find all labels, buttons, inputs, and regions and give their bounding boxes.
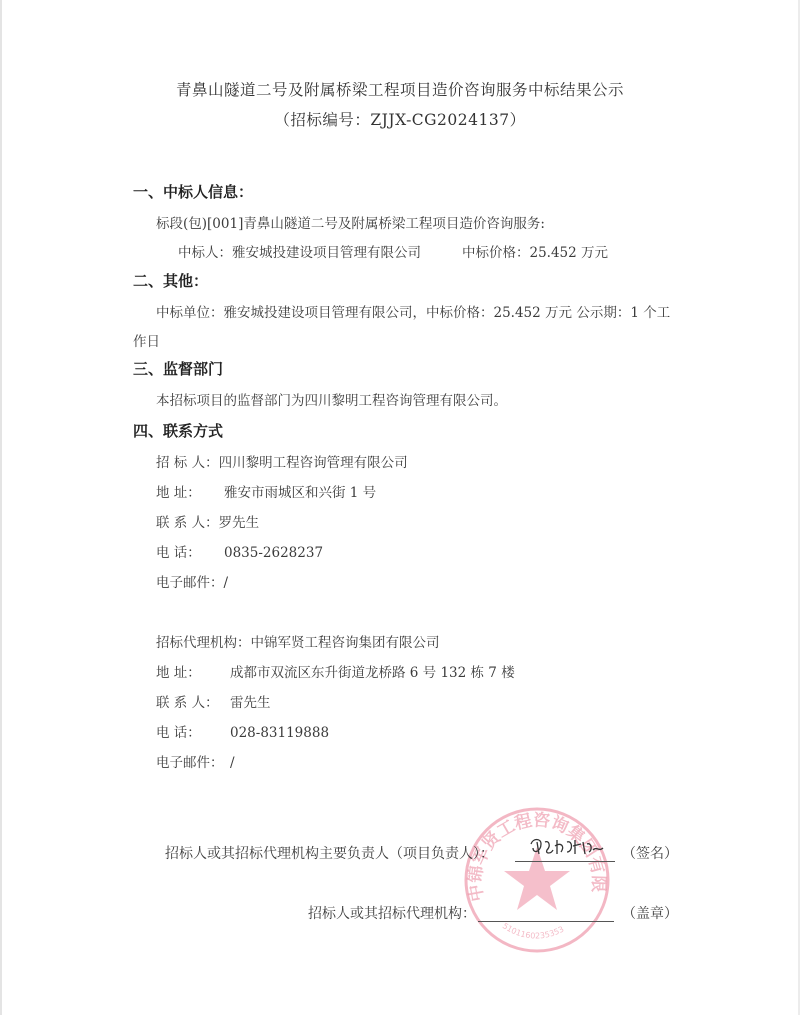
lot-description: 标段(包)[001]青鼻山隧道二号及附属桥梁工程项目造价咨询服务: [156, 212, 545, 232]
document-subtitle: （招标编号：ZJJX-CG2024137） [0, 108, 800, 130]
price-label: 中标价格： [462, 245, 530, 261]
tenderer-phone-row: 电 话：0835-2628237 [156, 541, 323, 561]
agency-phone-row: 电 话：028-83119888 [156, 721, 329, 741]
agency-address-row: 地 址：成都市双流区东升街道龙桥路 6 号 132 栋 7 楼 [156, 661, 515, 681]
price-value: 25.452 万元 [530, 245, 609, 261]
winner-row: 中标人：雅安城投建设项目管理有限公司 [178, 241, 421, 261]
seal-suffix: （盖章） [622, 903, 678, 923]
section-heading-supervision: 三、监督部门 [133, 358, 223, 379]
agency-name-label: 招标代理机构： [156, 635, 251, 651]
agency-email-row: 电子邮件：/ [156, 751, 235, 771]
agency-contact: 雷先生 [230, 695, 271, 711]
signature-line [515, 861, 615, 862]
section-heading-winner-info: 一、中标人信息： [133, 181, 253, 202]
tenderer-email-label: 电子邮件： [156, 575, 224, 591]
agency-address-label: 地 址： [156, 661, 230, 681]
agency-name: 中锦军贤工程咨询集团有限公司 [251, 635, 440, 651]
seal-line [478, 921, 614, 922]
price-row: 中标价格：25.452 万元 [462, 241, 608, 261]
tenderer-phone: 0835-2628237 [224, 545, 323, 561]
signature-suffix: （签名） [622, 843, 678, 863]
tenderer-email-row: 电子邮件：/ [156, 571, 228, 591]
tenderer-name-label: 招 标 人： [156, 455, 219, 471]
tenderer-address-label: 地 址： [156, 481, 224, 501]
tenderer-phone-label: 电 话： [156, 541, 224, 561]
tenderer-contact: 罗先生 [219, 515, 260, 531]
other-line-1: 中标单位：雅安城投建设项目管理有限公司，中标价格：25.452 万元 公示期：1… [156, 301, 670, 321]
agency-email-label: 电子邮件： [156, 751, 230, 771]
agency-email: / [230, 755, 235, 771]
agency-address: 成都市双流区东升街道龙桥路 6 号 132 栋 7 楼 [230, 665, 515, 681]
signatory-label: 招标人或其招标代理机构主要负责人（项目负责人）： [165, 843, 494, 863]
tenderer-email: / [224, 575, 229, 591]
agency-contact-label: 联 系 人： [156, 691, 230, 711]
seal-label: 招标人或其招标代理机构： [308, 903, 476, 923]
tenderer-contact-label: 联 系 人： [156, 515, 219, 531]
agency-name-row: 招标代理机构：中锦军贤工程咨询集团有限公司 [156, 631, 440, 651]
page-edge-left [0, 0, 2, 1015]
supervision-text: 本招标项目的监督部门为四川黎明工程咨询管理有限公司。 [156, 389, 507, 409]
handwritten-signature [527, 836, 607, 860]
agency-contact-row: 联 系 人：雷先生 [156, 691, 271, 711]
tenderer-address-row: 地 址：雅安市雨城区和兴街 1 号 [156, 481, 376, 501]
agency-phone-label: 电 话： [156, 721, 230, 741]
svg-text:5101160235353: 5101160235353 [501, 921, 566, 940]
section-heading-contact: 四、联系方式 [133, 420, 223, 441]
company-seal-stamp: 中锦军贤工程咨询集团有限公司 5101160235353 [462, 805, 612, 955]
other-line-2: 作日 [133, 330, 160, 350]
tenderer-contact-row: 联 系 人：罗先生 [156, 511, 259, 531]
agency-phone: 028-83119888 [230, 725, 329, 741]
document-title: 青鼻山隧道二号及附属桥梁工程项目造价咨询服务中标结果公示 [0, 78, 800, 100]
section-heading-other: 二、其他： [133, 270, 208, 291]
winner-label: 中标人： [178, 245, 232, 261]
winner-name: 雅安城投建设项目管理有限公司 [232, 245, 421, 261]
tenderer-name: 四川黎明工程咨询管理有限公司 [219, 455, 408, 471]
tenderer-address: 雅安市雨城区和兴街 1 号 [224, 485, 376, 501]
tenderer-name-row: 招 标 人：四川黎明工程咨询管理有限公司 [156, 451, 408, 471]
